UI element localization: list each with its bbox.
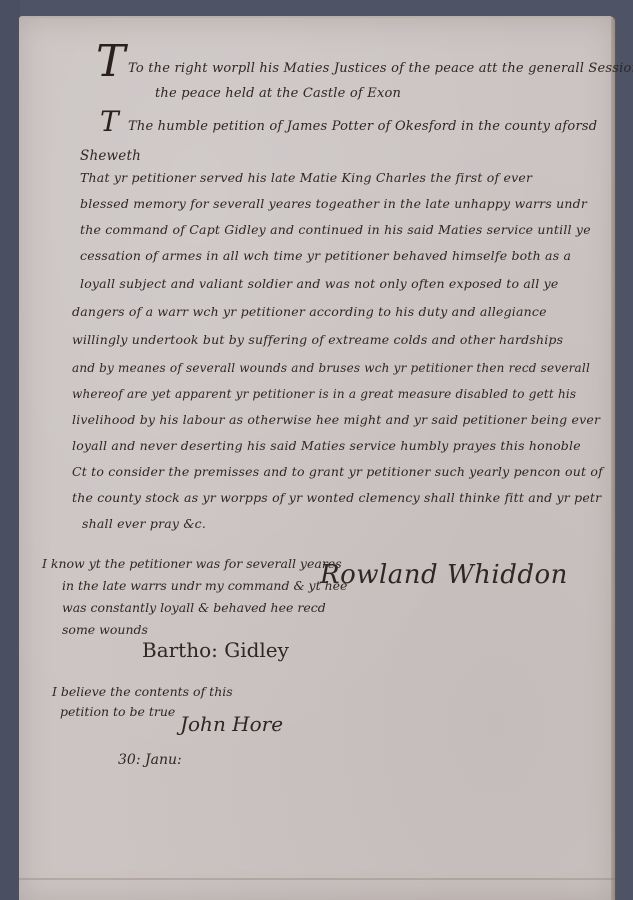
background-left: [0, 0, 20, 900]
body-line: the command of Capt Gidley and continued…: [80, 224, 591, 237]
body-line: livelihood by his labour as otherwise he…: [72, 414, 600, 427]
body-line: dangers of a warr wch yr petitioner acco…: [72, 306, 547, 319]
body-line: and by meanes of severall wounds and bru…: [72, 362, 590, 374]
body-line: loyall and never deserting his said Mati…: [72, 440, 581, 453]
body-line: the county stock as yr worpps of yr wont…: [72, 492, 601, 505]
note-line: petition to be true: [60, 704, 175, 719]
body-line: That yr petitioner served his late Matie…: [80, 172, 532, 185]
body-line: shall ever pray &c.: [82, 518, 206, 531]
body-line: cessation of armes in all wch time yr pe…: [80, 250, 571, 263]
body-line: Sheweth: [80, 150, 141, 164]
note-line: was constantly loyall & behaved hee recd: [62, 600, 326, 615]
note-line: some wounds: [62, 622, 148, 637]
body-line: whereof are yet apparent yr petitioner i…: [72, 388, 576, 400]
signature-rowland-whiddon: Rowland Whiddon: [320, 560, 568, 590]
address-line-1: To the right worpll his Maties Justices …: [128, 62, 633, 75]
body-line: willingly undertook but by suffering of …: [72, 334, 563, 347]
paper-fold: [19, 878, 615, 880]
petition-heading: The humble petition of James Potter of O…: [128, 120, 597, 133]
note-line: I believe the contents of this: [52, 684, 233, 699]
note-line: I know yt the petitioner was for several…: [42, 556, 342, 571]
note-line: in the late warrs undr my command & yt h…: [62, 578, 347, 593]
paper-edge: [611, 18, 617, 900]
address-line-2: the peace held at the Castle of Exon: [155, 87, 401, 100]
body-line: loyall subject and valiant soldier and w…: [80, 278, 558, 291]
body-line: blessed memory for severall yeares togea…: [80, 198, 587, 211]
body-line: Ct to consider the premisses and to gran…: [72, 466, 603, 479]
decorative-initial-t2: T: [100, 108, 119, 136]
decorative-initial-t: T: [96, 40, 125, 84]
date-note: 30: Janu:: [118, 752, 182, 768]
signature-john-hore: John Hore: [180, 712, 283, 736]
signature-bartho-gidley: Bartho: Gidley: [142, 638, 289, 662]
